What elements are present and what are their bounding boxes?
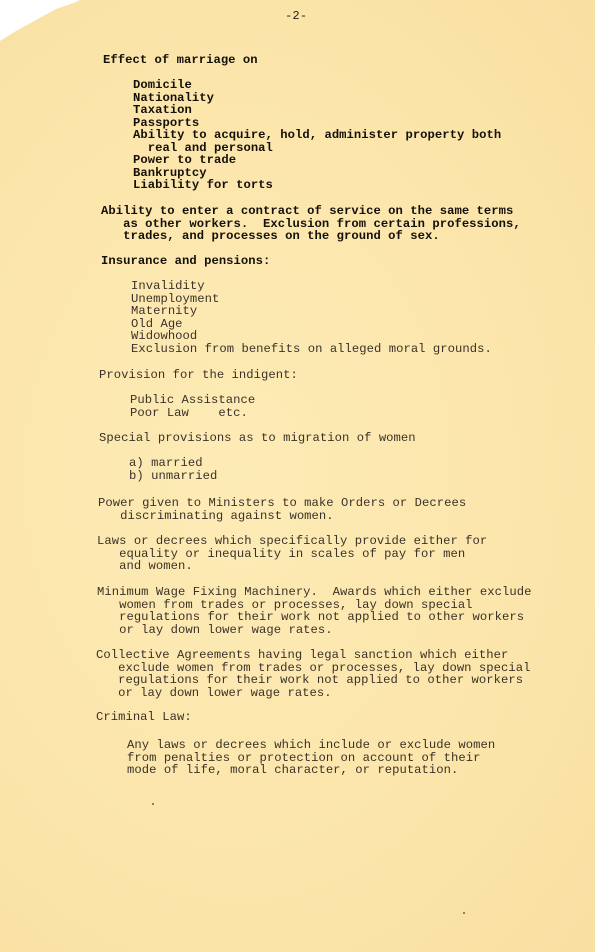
document-page: -2- Effect of marriage on Domicile Natio… <box>0 0 595 952</box>
list-item: Public Assistance <box>130 394 255 407</box>
marriage-heading: Effect of marriage on <box>103 54 258 67</box>
paragraph-line: Laws or decrees which specifically provi… <box>97 535 487 548</box>
paragraph-line: and women. <box>97 560 193 573</box>
paragraph-line: or lay down lower wage rates. <box>96 687 332 700</box>
paragraph-line: mode of life, moral character, or reputa… <box>127 764 458 777</box>
list-item: Exclusion from benefits on alleged moral… <box>131 343 492 356</box>
indigent-heading: Provision for the indigent: <box>99 369 298 382</box>
paper-speck <box>152 803 154 805</box>
list-item: Ability to acquire, hold, administer pro… <box>133 129 501 142</box>
paragraph-line: or lay down lower wage rates. <box>97 624 333 637</box>
paragraph-line: trades, and processes on the ground of s… <box>101 230 440 243</box>
list-item: Invalidity <box>131 280 205 293</box>
list-item: Domicile <box>133 79 192 92</box>
paper-speck <box>463 912 465 914</box>
paragraph-line: regulations for their work not applied t… <box>97 611 524 624</box>
paragraph-line: Ability to enter a contract of service o… <box>101 205 513 218</box>
list-item: Maternity <box>131 305 197 318</box>
page-number: -2- <box>285 10 307 23</box>
list-item: b) unmarried <box>129 470 217 483</box>
list-item: a) married <box>129 457 203 470</box>
migration-heading: Special provisions as to migration of wo… <box>99 432 416 445</box>
list-item: Poor Law etc. <box>130 407 248 420</box>
list-item: Liability for torts <box>133 179 273 192</box>
criminal-law-heading: Criminal Law: <box>96 711 192 724</box>
paragraph-line: Collective Agreements having legal sanct… <box>96 649 508 662</box>
list-item: Taxation <box>133 104 192 117</box>
paragraph-line: Any laws or decrees which include or exc… <box>127 739 495 752</box>
paragraph-line: Minimum Wage Fixing Machinery. Awards wh… <box>97 586 531 599</box>
list-item: Widowhood <box>131 330 197 343</box>
paragraph-line: Power given to Ministers to make Orders … <box>98 497 466 510</box>
list-item: Power to trade <box>133 154 236 167</box>
paragraph-line: discriminating against women. <box>98 510 334 523</box>
torn-corner <box>0 0 80 50</box>
paragraph-line: regulations for their work not applied t… <box>96 674 523 687</box>
insurance-heading: Insurance and pensions: <box>101 255 270 268</box>
